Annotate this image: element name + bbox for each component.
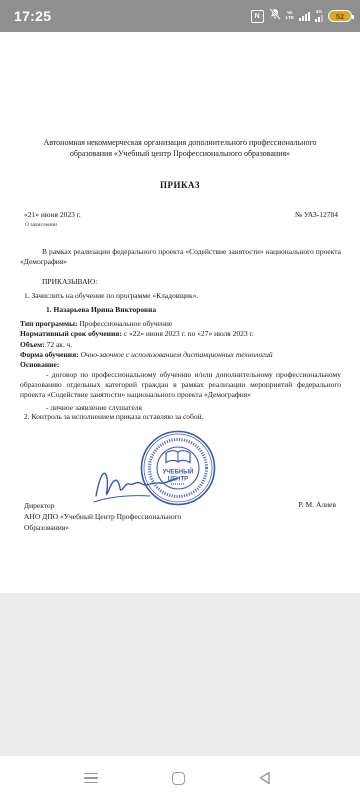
org-name: Автономная некоммерческая организация до… bbox=[28, 137, 332, 159]
order-number: № УАЗ-12784 bbox=[295, 210, 338, 219]
navigation-bar bbox=[0, 756, 360, 800]
signal-4g-icon: 4G bbox=[315, 10, 323, 23]
student-name: 1. Назарьева Ирина Викторовна bbox=[46, 305, 156, 314]
mute-icon bbox=[269, 7, 281, 25]
control-clause: 2. Контроль за исполнением приказа остав… bbox=[24, 412, 204, 421]
order-word: ПРИКАЗЫВАЮ: bbox=[42, 277, 97, 286]
document-page[interactable]: Автономная некоммерческая организация до… bbox=[0, 32, 360, 593]
menu-button[interactable] bbox=[71, 756, 111, 800]
date-number-row: «21» июня 2023 г. № УАЗ-12784 bbox=[24, 210, 338, 219]
viewer-background bbox=[0, 593, 360, 756]
back-icon bbox=[258, 771, 271, 785]
order-subject: О зачислении bbox=[25, 222, 57, 228]
field-program-type: Тип программы: Профессиональное обучение bbox=[20, 319, 341, 329]
program-details: Тип программы: Профессиональное обучение… bbox=[20, 319, 341, 370]
battery-icon: 52 bbox=[328, 10, 352, 22]
field-basis-label: Основание: bbox=[20, 360, 341, 370]
basis-item-contract: - договор по профессиональному обучению … bbox=[20, 370, 341, 400]
nfc-icon: N bbox=[251, 10, 264, 23]
battery-percent: 52 bbox=[336, 12, 344, 21]
open-book-icon bbox=[166, 451, 190, 463]
signal-icon bbox=[299, 12, 310, 21]
home-button[interactable] bbox=[158, 756, 198, 800]
back-button[interactable] bbox=[244, 756, 284, 800]
signer-name: Р. М. Алиев bbox=[299, 500, 336, 509]
signer-position: Директор АНО ДПО «Учебный Центр Професси… bbox=[24, 500, 224, 533]
basis-list: - договор по профессиональному обучению … bbox=[20, 370, 341, 413]
field-volume: Объем: 72 ак. ч. bbox=[20, 340, 341, 350]
order-date: «21» июня 2023 г. bbox=[24, 210, 81, 219]
phone-screen: 17:25 N Vo LTE 4G bbox=[0, 0, 360, 800]
intro-paragraph: В рамках реализации федерального проекта… bbox=[20, 247, 341, 267]
field-form: Форма обучения: Очно-заочное с использов… bbox=[20, 350, 341, 360]
menu-icon bbox=[84, 773, 98, 784]
home-icon bbox=[172, 772, 185, 785]
status-bar: 17:25 N Vo LTE 4G bbox=[0, 0, 360, 32]
document-title: ПРИКАЗ bbox=[0, 180, 360, 190]
field-term: Нормативный срок обучения: с «22» июня 2… bbox=[20, 329, 341, 339]
clock: 17:25 bbox=[14, 8, 51, 24]
volte-icon: Vo LTE bbox=[286, 11, 294, 20]
status-icons: N Vo LTE 4G 52 bbox=[251, 7, 352, 25]
order-item-1: 1. Зачислить на обучение по программе «К… bbox=[24, 291, 198, 300]
